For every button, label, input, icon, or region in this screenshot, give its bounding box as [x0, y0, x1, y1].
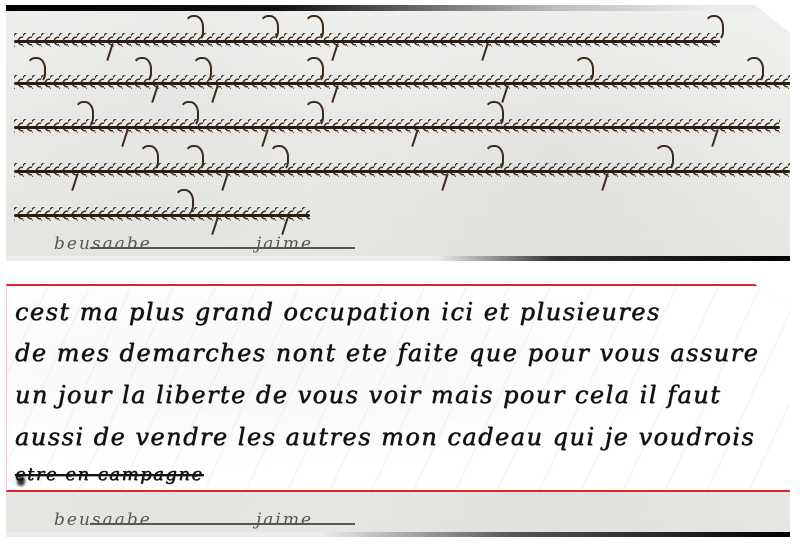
restored-line-4: aussi de vendre les autres mon cadeau qu…	[15, 423, 755, 451]
footer-word-right: jaime	[256, 510, 313, 530]
ink-blot	[17, 476, 25, 486]
footer-strike-line	[90, 523, 355, 525]
footer-word-left: beusaabe	[54, 234, 152, 254]
scribbled-line-2: [illegible — obscured by loop-scribbles]	[14, 71, 790, 93]
original-scan-panel: [illegible — obscured by loop-scribbles]…	[6, 5, 790, 261]
scribbled-line-5: [illegible — obscured by loop-scribbles]	[14, 203, 310, 225]
restored-line-3: un jour la liberte de vous voir mais pou…	[15, 381, 721, 409]
scribbled-line-1: [illegible — obscured by loop-scribbles]	[14, 29, 720, 51]
restored-scan-panel: cest ma plus grand occupation ici et plu…	[6, 284, 790, 537]
restored-line-2: de mes demarches nont ete faite que pour…	[15, 339, 759, 367]
footer-word-right: jaime	[256, 234, 313, 254]
restored-line-1: cest ma plus grand occupation ici et plu…	[15, 298, 661, 326]
restored-line-5: etre en campagne	[15, 464, 204, 485]
scan-edge-bottom	[6, 256, 790, 261]
scribbled-line-4: [illegible — obscured by loop-scribbles]	[14, 159, 790, 181]
scan-edge-bottom	[6, 532, 790, 537]
footer-word-left: beusaabe	[54, 510, 152, 530]
restored-text-region: cest ma plus grand occupation ici et plu…	[6, 284, 790, 492]
scribbled-line-3: [illegible — obscured by loop-scribbles]	[14, 115, 780, 137]
footer-strike-line	[90, 247, 355, 249]
scan-edge-top	[6, 5, 790, 11]
